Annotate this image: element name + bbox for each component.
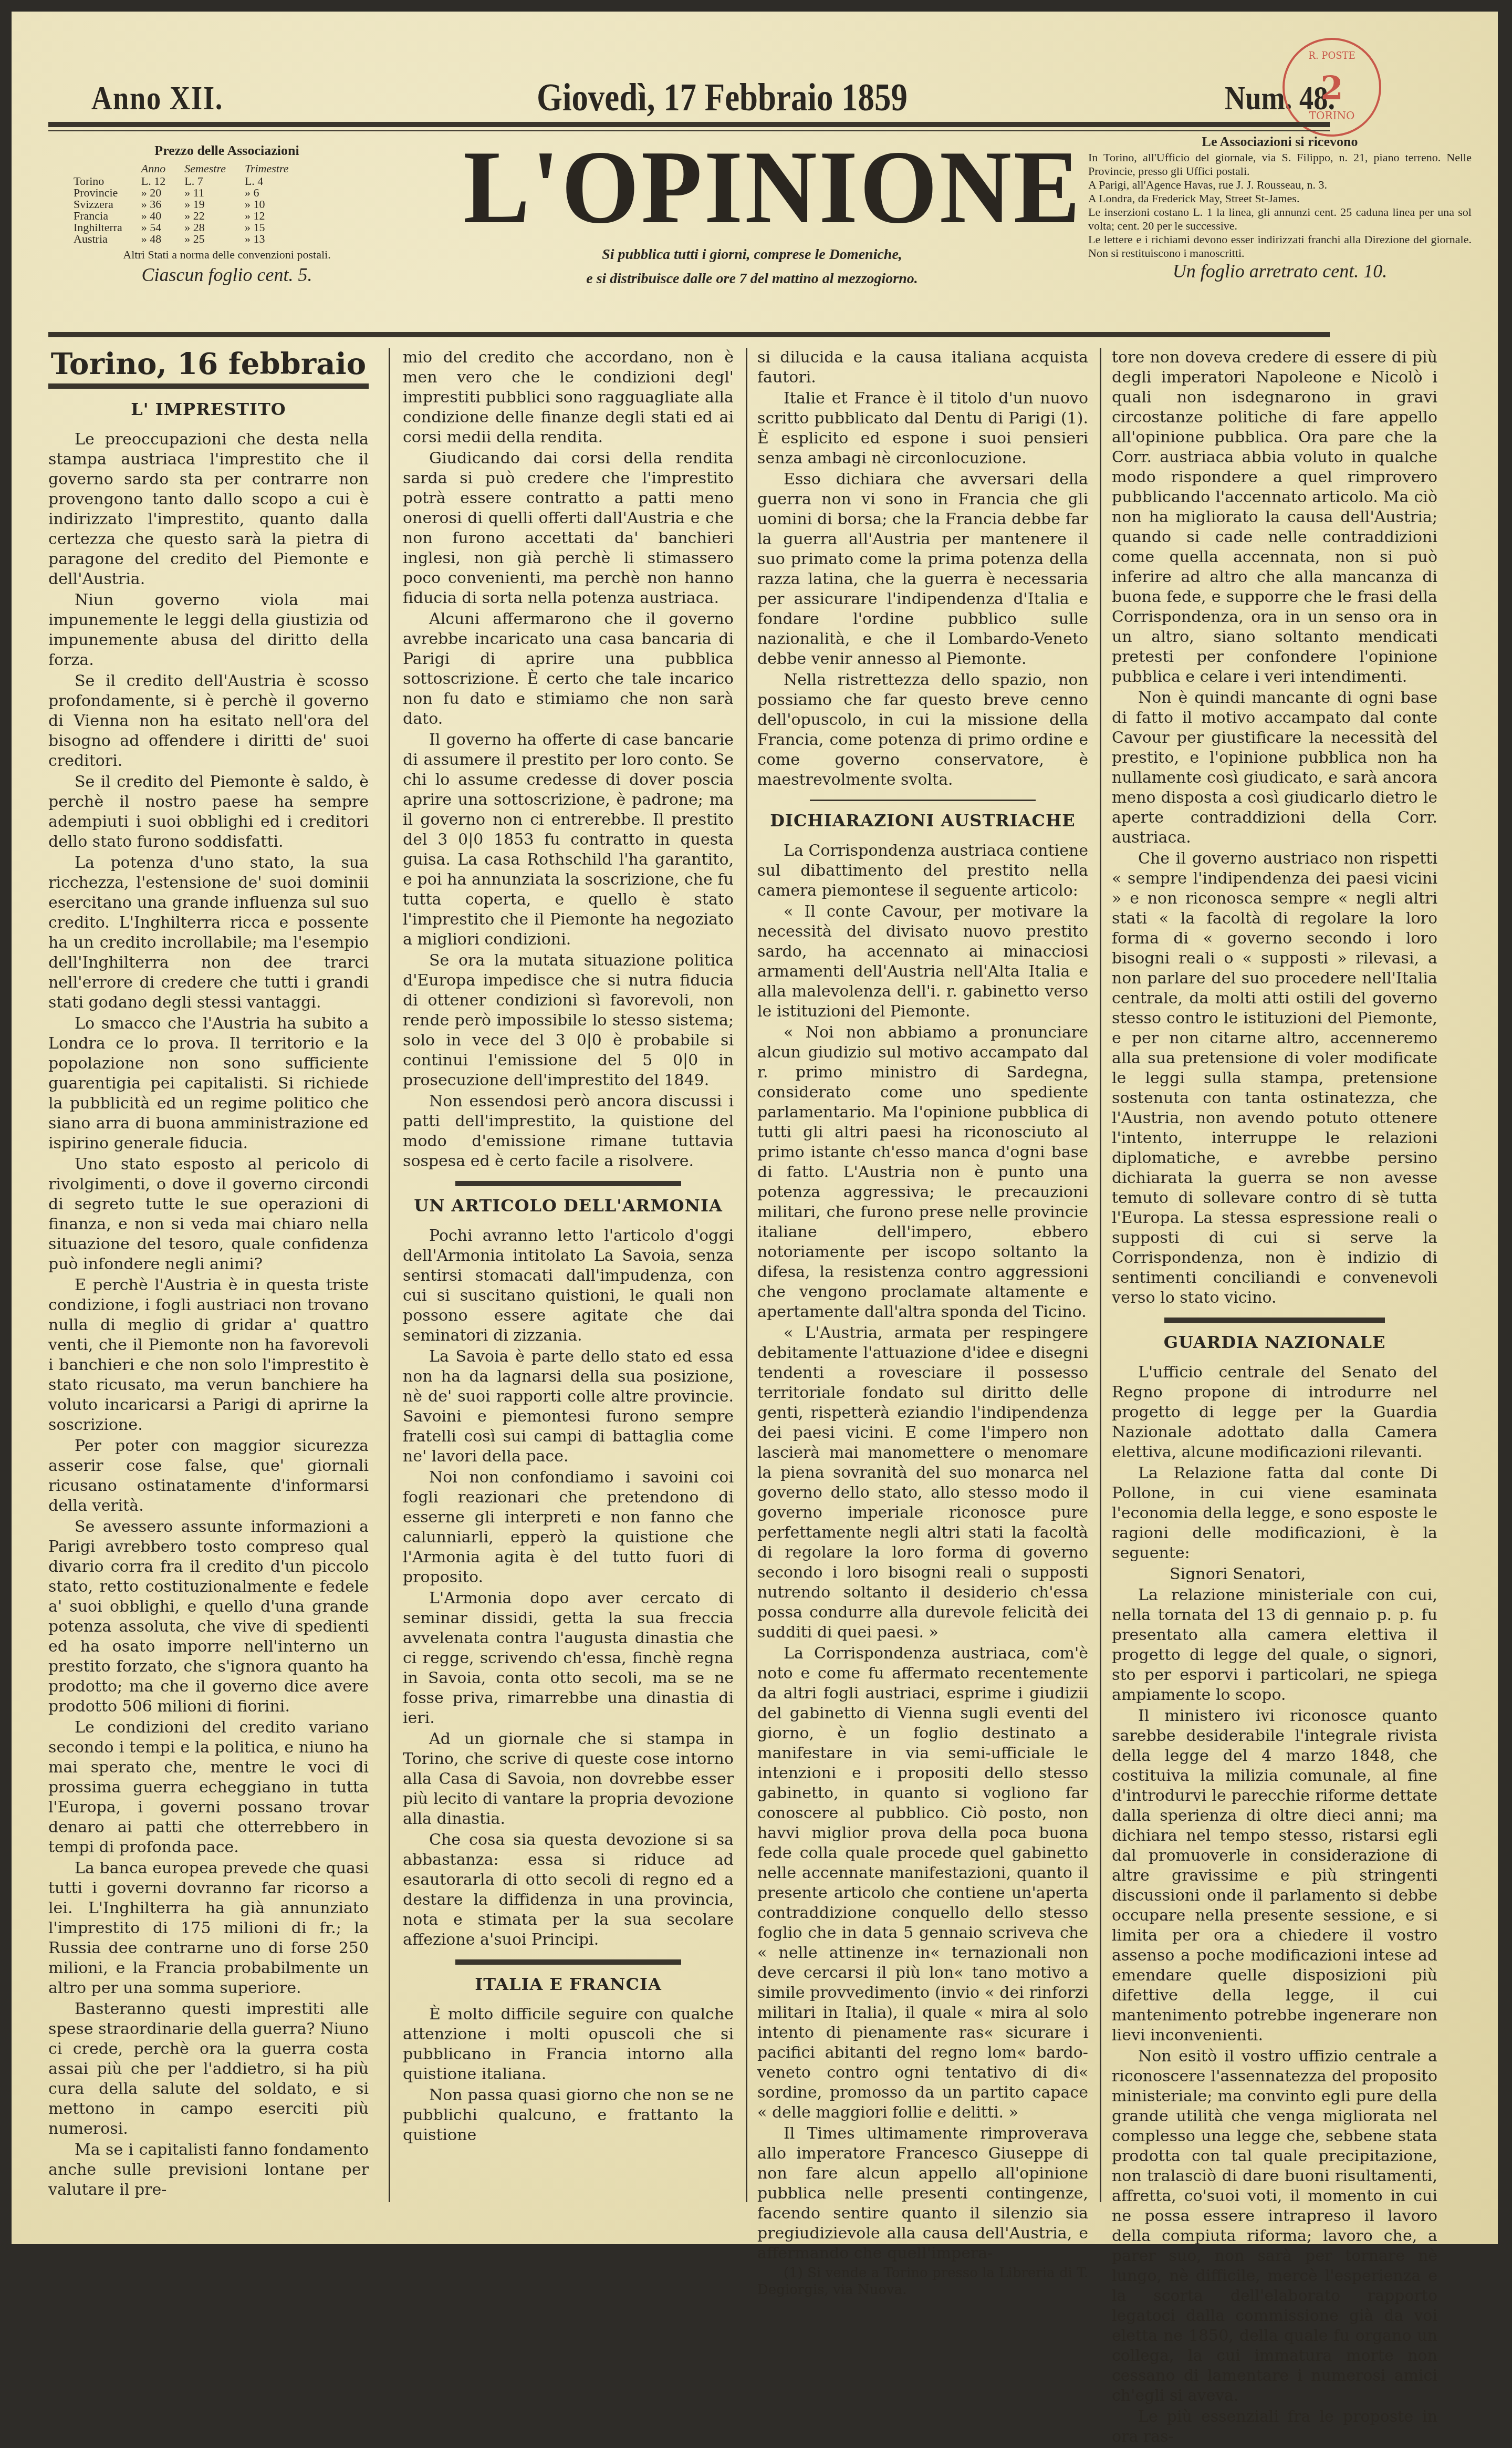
- postal-note: Altri Stati a norma delle convenzioni po…: [43, 248, 411, 262]
- paragraph: La Relazione fatta dal conte Di Pollone,…: [1112, 1464, 1437, 1563]
- paragraph: La potenza d'uno stato, la sua ricchezza…: [48, 853, 369, 1013]
- divider: [455, 1959, 681, 1965]
- paragraph: Si pubblica tutti i giorni, comprese le …: [447, 243, 1057, 267]
- section-heading: ITALIA E FRANCIA: [403, 1974, 734, 1994]
- price-row: Francia» 40» 22» 12: [64, 210, 298, 222]
- table-cell: » 40: [132, 210, 175, 222]
- table-cell: » 36: [132, 199, 175, 210]
- table-cell: Francia: [64, 210, 132, 222]
- paragraph: Se il credito del Piemonte è saldo, è pe…: [48, 772, 369, 852]
- column-rule: [1100, 348, 1101, 2202]
- table-cell: Provincie: [64, 187, 132, 199]
- paragraph: Se ora la mutata situazione politica d'E…: [403, 951, 734, 1091]
- paragraph: Basteranno questi imprestiti alle spese …: [48, 1999, 369, 2139]
- paragraph: L'Armonia dopo aver cercato di seminar d…: [403, 1589, 734, 1728]
- paragraph: Italie et France è il titolo d'un nuovo …: [757, 389, 1088, 469]
- paragraph: e si distribuisce dalle ore 7 del mattin…: [447, 267, 1057, 291]
- paragraph: A Parigi, all'Agence Havas, rue J. J. Ro…: [1088, 178, 1472, 192]
- column-3: si dilucida e la causa italiana acquista…: [757, 348, 1088, 2272]
- divider: [455, 1181, 681, 1186]
- paragraph: Giudicando dai corsi della rendita sarda…: [403, 449, 734, 608]
- paragraph: Ad un giornale che si stampa in Torino, …: [403, 1729, 734, 1829]
- paragraph: 2: [1285, 69, 1379, 107]
- newspaper-title: L'OPINIONE: [463, 135, 1062, 240]
- paragraph: È molto difficile seguire con qualche at…: [403, 2005, 734, 2084]
- table-cell: L. 7: [175, 175, 235, 187]
- column-1: Torino, 16 febbraio L' IMPRESTITO Le pre…: [48, 348, 369, 2201]
- volume-year: Anno XII.: [91, 79, 223, 118]
- paragraph: Se avessero assunte informazioni a Parig…: [48, 1517, 369, 1717]
- paragraph: Pochi avranno letto l'articolo d'oggi de…: [403, 1226, 734, 1346]
- paragraph: La banca europea prevede che quasi tutti…: [48, 1859, 369, 1998]
- paragraph: La Corrispondenza austriaca, com'è noto …: [757, 1644, 1088, 2123]
- paragraph: Nella ristrettezza dello spazio, non pos…: [757, 670, 1088, 790]
- paragraph: Il ministero ivi riconosce quanto sarebb…: [1112, 1706, 1437, 2046]
- table-cell: » 11: [175, 187, 235, 199]
- subscription-info: Le Associazioni si ricevono In Torino, a…: [1088, 135, 1472, 278]
- paragraph: E perchè l'Austria è in questa triste co…: [48, 1275, 369, 1435]
- paragraph: Lo smacco che l'Austria ha subito a Lond…: [48, 1014, 369, 1154]
- column-4: tore non doveva credere di essere di più…: [1112, 348, 1437, 2272]
- divider: [1164, 1318, 1385, 1323]
- table-cell: Inghilterra: [64, 222, 132, 233]
- table-cell: L. 4: [235, 175, 298, 187]
- paragraph: Niun governo viola mai impunemente le le…: [48, 590, 369, 670]
- price-row: Inghilterra» 54» 28» 15: [64, 222, 298, 233]
- issue-date: Giovedì, 17 Febbraio 1859: [537, 76, 908, 120]
- paragraph: Semestre: [175, 162, 235, 175]
- price-row: Austria» 48» 25» 13: [64, 233, 298, 245]
- paragraph: Le preoccupazioni che desta nella stampa…: [48, 430, 369, 589]
- paragraph: Le lettere e i richiami devono esser ind…: [1088, 233, 1472, 260]
- paragraph: Che il governo austriaco non rispetti « …: [1112, 849, 1437, 1308]
- prices-heading: Prezzo delle Associazioni: [43, 143, 411, 159]
- paragraph: Non è quindi mancante di ogni base di fa…: [1112, 688, 1437, 848]
- table-cell: » 54: [132, 222, 175, 233]
- price-row: TorinoL. 12L. 7L. 4: [64, 175, 298, 187]
- table-cell: » 22: [175, 210, 235, 222]
- price-row: Provincie» 20» 11» 6: [64, 187, 298, 199]
- paragraph: Noi non confondiamo i savoini coi fogli …: [403, 1468, 734, 1588]
- paragraph: In Torino, all'Ufficio del giornale, via…: [1088, 151, 1472, 178]
- tagline: Si pubblica tutti i giorni, comprese le …: [447, 243, 1057, 291]
- paragraph: R. POSTE: [1285, 50, 1379, 61]
- masthead-rule: [48, 122, 1330, 127]
- paragraph: Trimestre: [235, 162, 298, 175]
- table-cell: » 20: [132, 187, 175, 199]
- divider: [810, 800, 1036, 801]
- paragraph: « Il conte Cavour, per motivare la neces…: [757, 902, 1088, 1022]
- paragraph: Che cosa sia questa devozione si sa abba…: [403, 1830, 734, 1950]
- paragraph: Esso dichiara che avversari della guerra…: [757, 470, 1088, 669]
- divider: [48, 383, 369, 389]
- paragraph: A Londra, da Frederick May, Street St-Ja…: [1088, 192, 1472, 205]
- paragraph: La relazione ministeriale con cui, nella…: [1112, 1585, 1437, 1705]
- subs-heading: Le Associazioni si ricevono: [1088, 135, 1472, 149]
- paragraph: Non esitò il vostro uffizio centrale a r…: [1112, 2047, 1437, 2272]
- table-cell: » 48: [132, 233, 175, 245]
- footnote: (1) Si vende a Torino presso la Libreria…: [757, 2265, 1088, 2272]
- column-2: mio del credito che accordano, non è men…: [403, 348, 734, 2146]
- section-heading: UN ARTICOLO DELL'ARMONIA: [403, 1196, 734, 1216]
- paragraph: Il governo ha offerte di case bancarie d…: [403, 730, 734, 950]
- paragraph: Il Times ultimamente rimproverava allo i…: [757, 2124, 1088, 2264]
- paragraph: Per poter con maggior sicurezza asserir …: [48, 1436, 369, 1516]
- single-copy-price: Ciascun foglio cent. 5.: [43, 264, 411, 286]
- paragraph: Le condizioni del credito variano second…: [48, 1718, 369, 1858]
- paragraph: Non essendosi però ancora discussi i pat…: [403, 1092, 734, 1171]
- table-cell: » 25: [175, 233, 235, 245]
- paragraph: Alcuni affermarono che il governo avrebb…: [403, 609, 734, 729]
- masthead-top-line: Anno XII. Giovedì, 17 Febbraio 1859 Num.…: [12, 33, 1498, 101]
- table-cell: Austria: [64, 233, 132, 245]
- newspaper-page: Anno XII. Giovedì, 17 Febbraio 1859 Num.…: [12, 12, 1498, 2244]
- section-heading: DICHIARAZIONI AUSTRIACHE: [757, 811, 1088, 831]
- header-bottom-rule: [48, 332, 1330, 337]
- paragraph: La Savoia è parte dello stato ed essa no…: [403, 1347, 734, 1467]
- paragraph: TORINO: [1285, 109, 1379, 122]
- section-heading: GUARDIA NAZIONALE: [1112, 1332, 1437, 1352]
- table-cell: » 19: [175, 199, 235, 210]
- table-cell: » 12: [235, 210, 298, 222]
- column-rule: [746, 348, 747, 2202]
- paragraph: Le inserzioni costano L. 1 la linea, gli…: [1088, 205, 1472, 233]
- table-cell: Torino: [64, 175, 132, 187]
- back-issue-price: Un foglio arretrato cent. 10.: [1088, 264, 1472, 278]
- paragraph: tore non doveva credere di essere di più…: [1112, 348, 1437, 687]
- section-heading: L' IMPRESTITO: [48, 399, 369, 419]
- table-cell: » 6: [235, 187, 298, 199]
- table-cell: » 10: [235, 199, 298, 210]
- paragraph: « Noi non abbiamo a pronunciare alcun gi…: [757, 1023, 1088, 1322]
- paragraph: Ma se i capitalisti fanno fondamento anc…: [48, 2140, 369, 2200]
- paragraph: si dilucida e la causa italiana acquista…: [757, 348, 1088, 388]
- table-cell: Svizzera: [64, 199, 132, 210]
- paragraph: [64, 162, 132, 175]
- paragraph: Uno stato esposto al pericolo di rivolgi…: [48, 1155, 369, 1274]
- paragraph: Se il credito dell'Austria è scosso prof…: [48, 671, 369, 771]
- paragraph: Non passa quasi giorno che non se ne pub…: [403, 2086, 734, 2145]
- subscription-prices: Prezzo delle Associazioni Anno Semestre …: [43, 143, 411, 286]
- paragraph: mio del credito che accordano, non è men…: [403, 348, 734, 448]
- paragraph: Anno: [132, 162, 175, 175]
- price-row: Svizzera» 36» 19» 10: [64, 199, 298, 210]
- paragraph: La Corrispondenza austriaca contiene sul…: [757, 841, 1088, 901]
- salutation: Signori Senatori,: [1112, 1564, 1437, 1584]
- prices-table: Anno Semestre Trimestre TorinoL. 12L. 7L…: [64, 162, 298, 245]
- dateline-heading: Torino, 16 febbraio: [48, 354, 369, 374]
- paragraph: « L'Austria, armata per respingere debit…: [757, 1323, 1088, 1643]
- table-cell: » 15: [235, 222, 298, 233]
- paragraph: L'ufficio centrale del Senato del Regno …: [1112, 1363, 1437, 1462]
- table-cell: » 28: [175, 222, 235, 233]
- table-cell: » 13: [235, 233, 298, 245]
- column-rule: [389, 348, 390, 2202]
- table-cell: L. 12: [132, 175, 175, 187]
